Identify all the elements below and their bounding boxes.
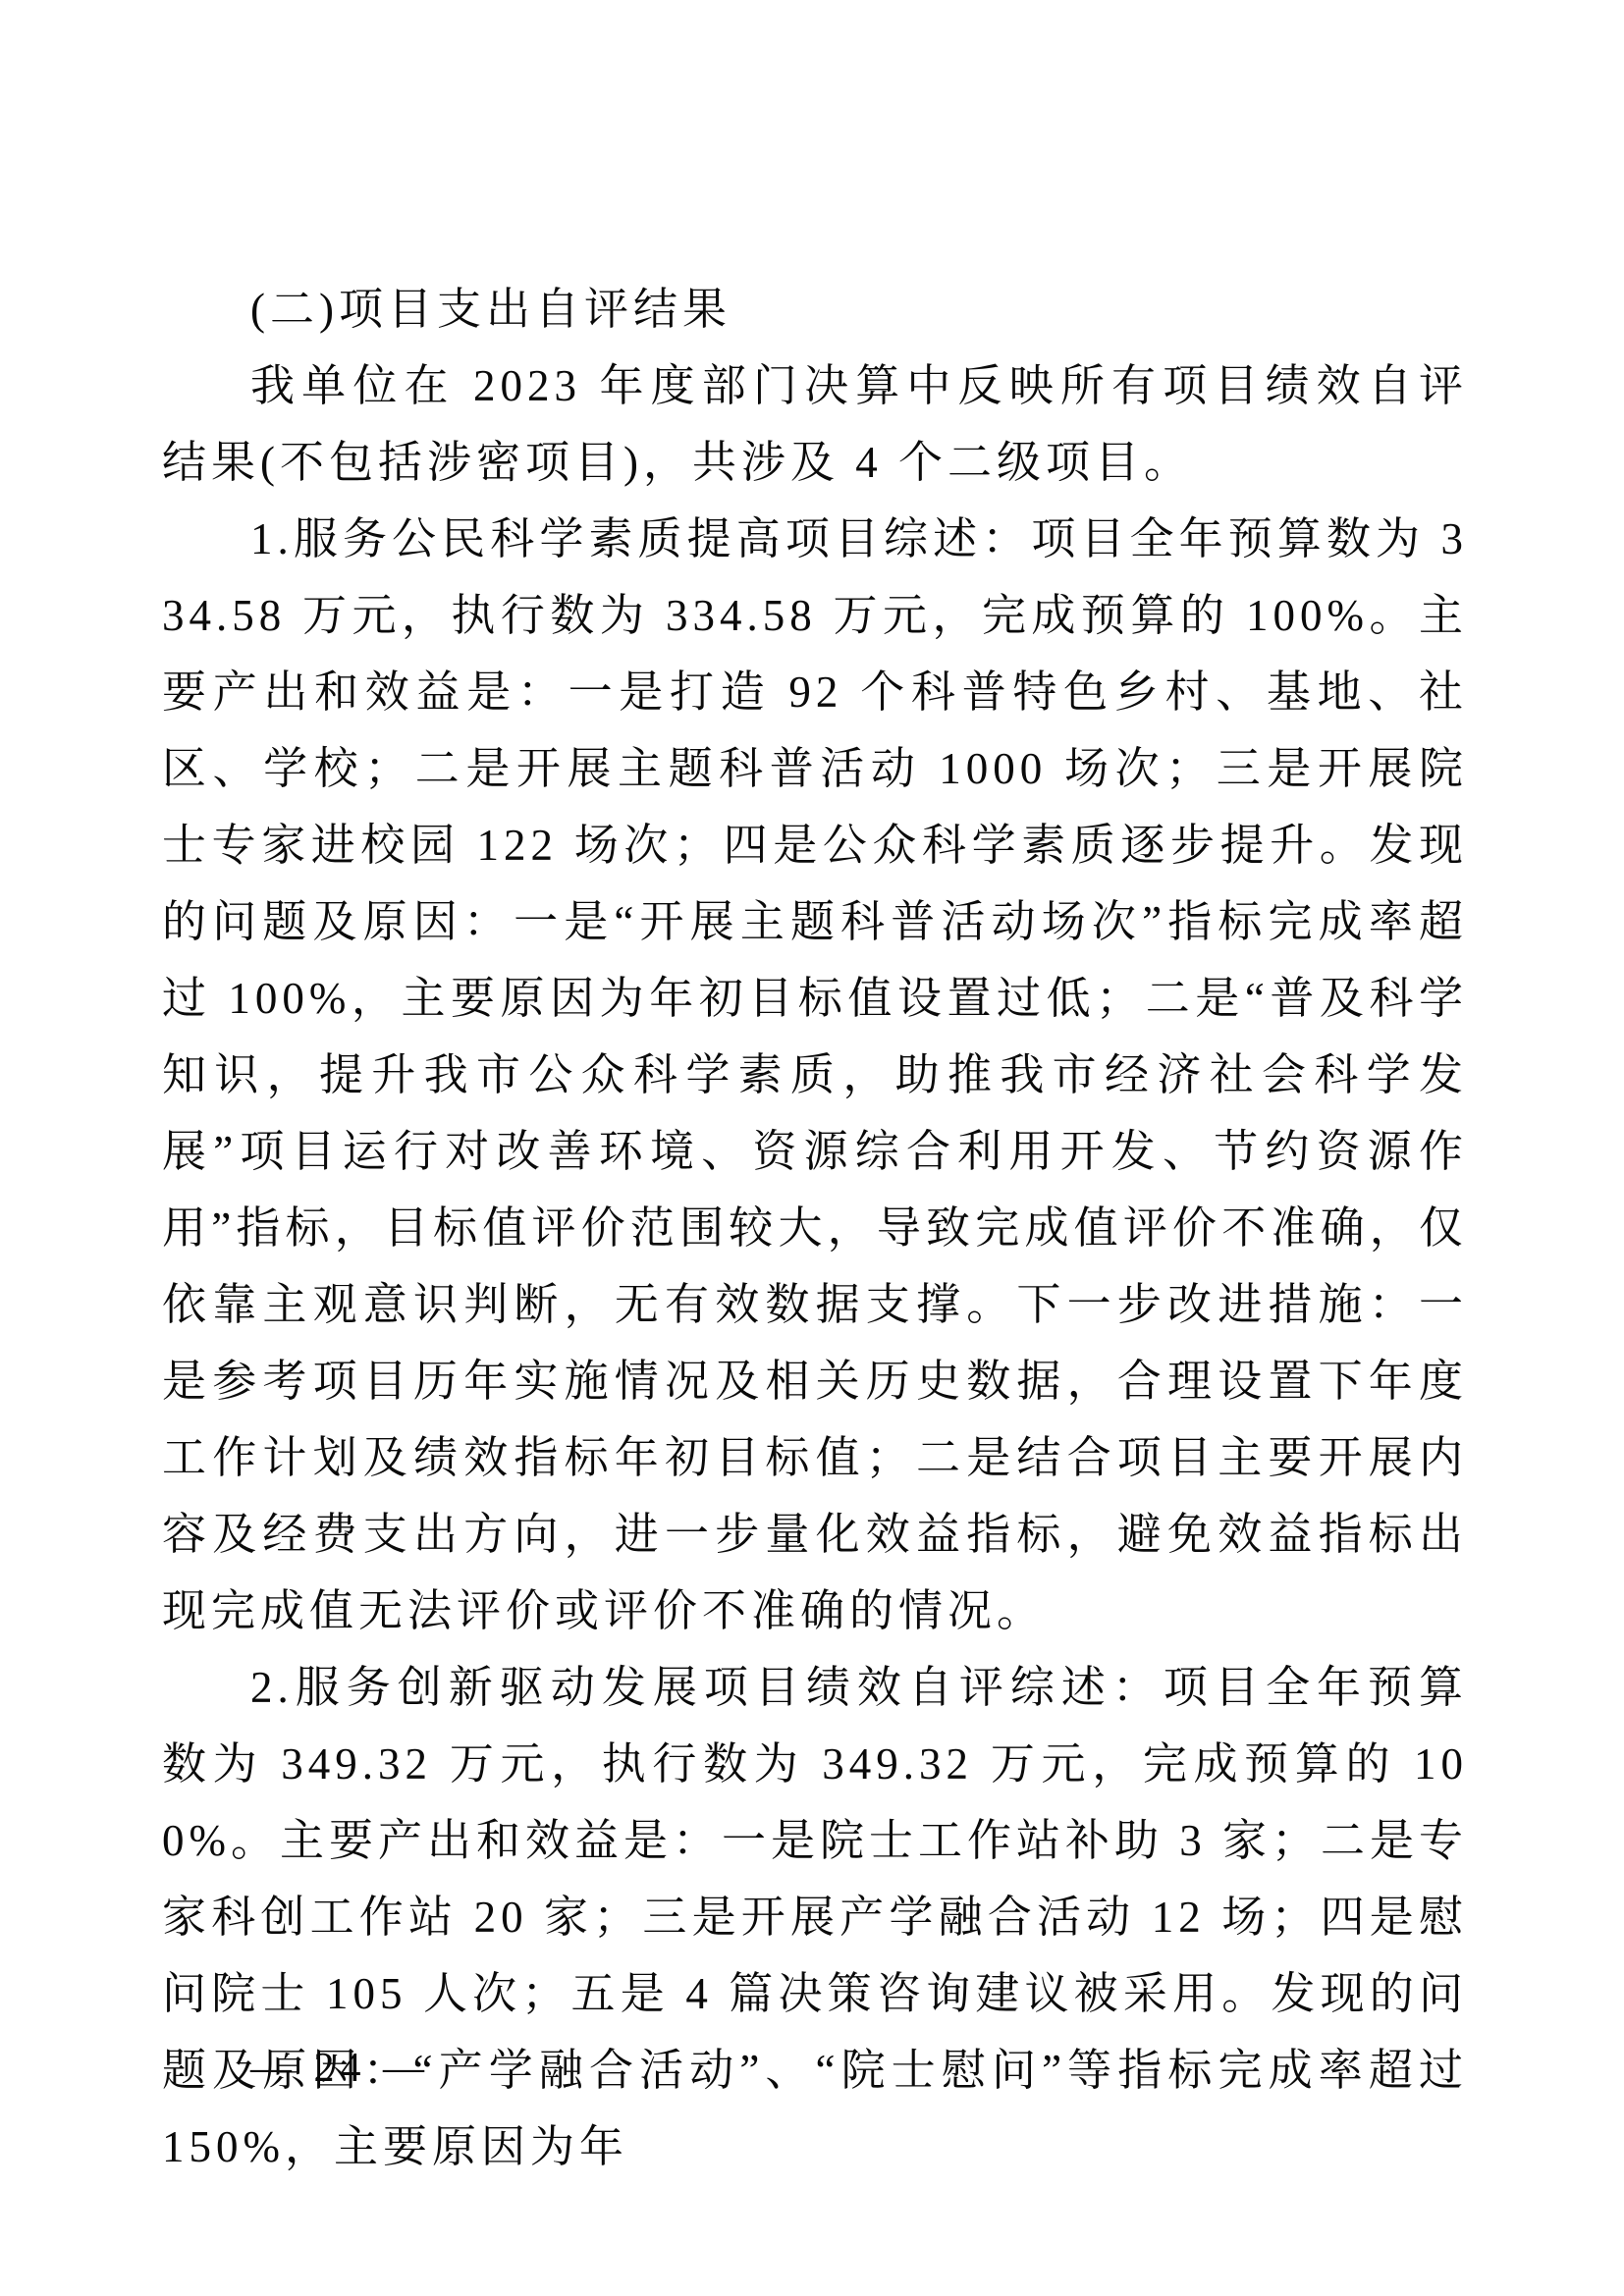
document-page: (二)项目支出自评结果 我单位在 2023 年度部门决算中反映所有项目绩效自评结… [0, 0, 1624, 2296]
document-body: (二)项目支出自评结果 我单位在 2023 年度部门决算中反映所有项目绩效自评结… [162, 271, 1468, 2185]
page-number: — 24 — [250, 2044, 430, 2093]
section-heading: (二)项目支出自评结果 [162, 271, 1468, 347]
paragraph: 我单位在 2023 年度部门决算中反映所有项目绩效自评结果(不包括涉密项目)，共… [162, 347, 1468, 501]
paragraph: 2.服务创新驱动发展项目绩效自评综述：项目全年预算数为 349.32 万元，执行… [162, 1649, 1468, 2185]
paragraph: 1.服务公民科学素质提高项目综述：项目全年预算数为 334.58 万元，执行数为… [162, 501, 1468, 1649]
